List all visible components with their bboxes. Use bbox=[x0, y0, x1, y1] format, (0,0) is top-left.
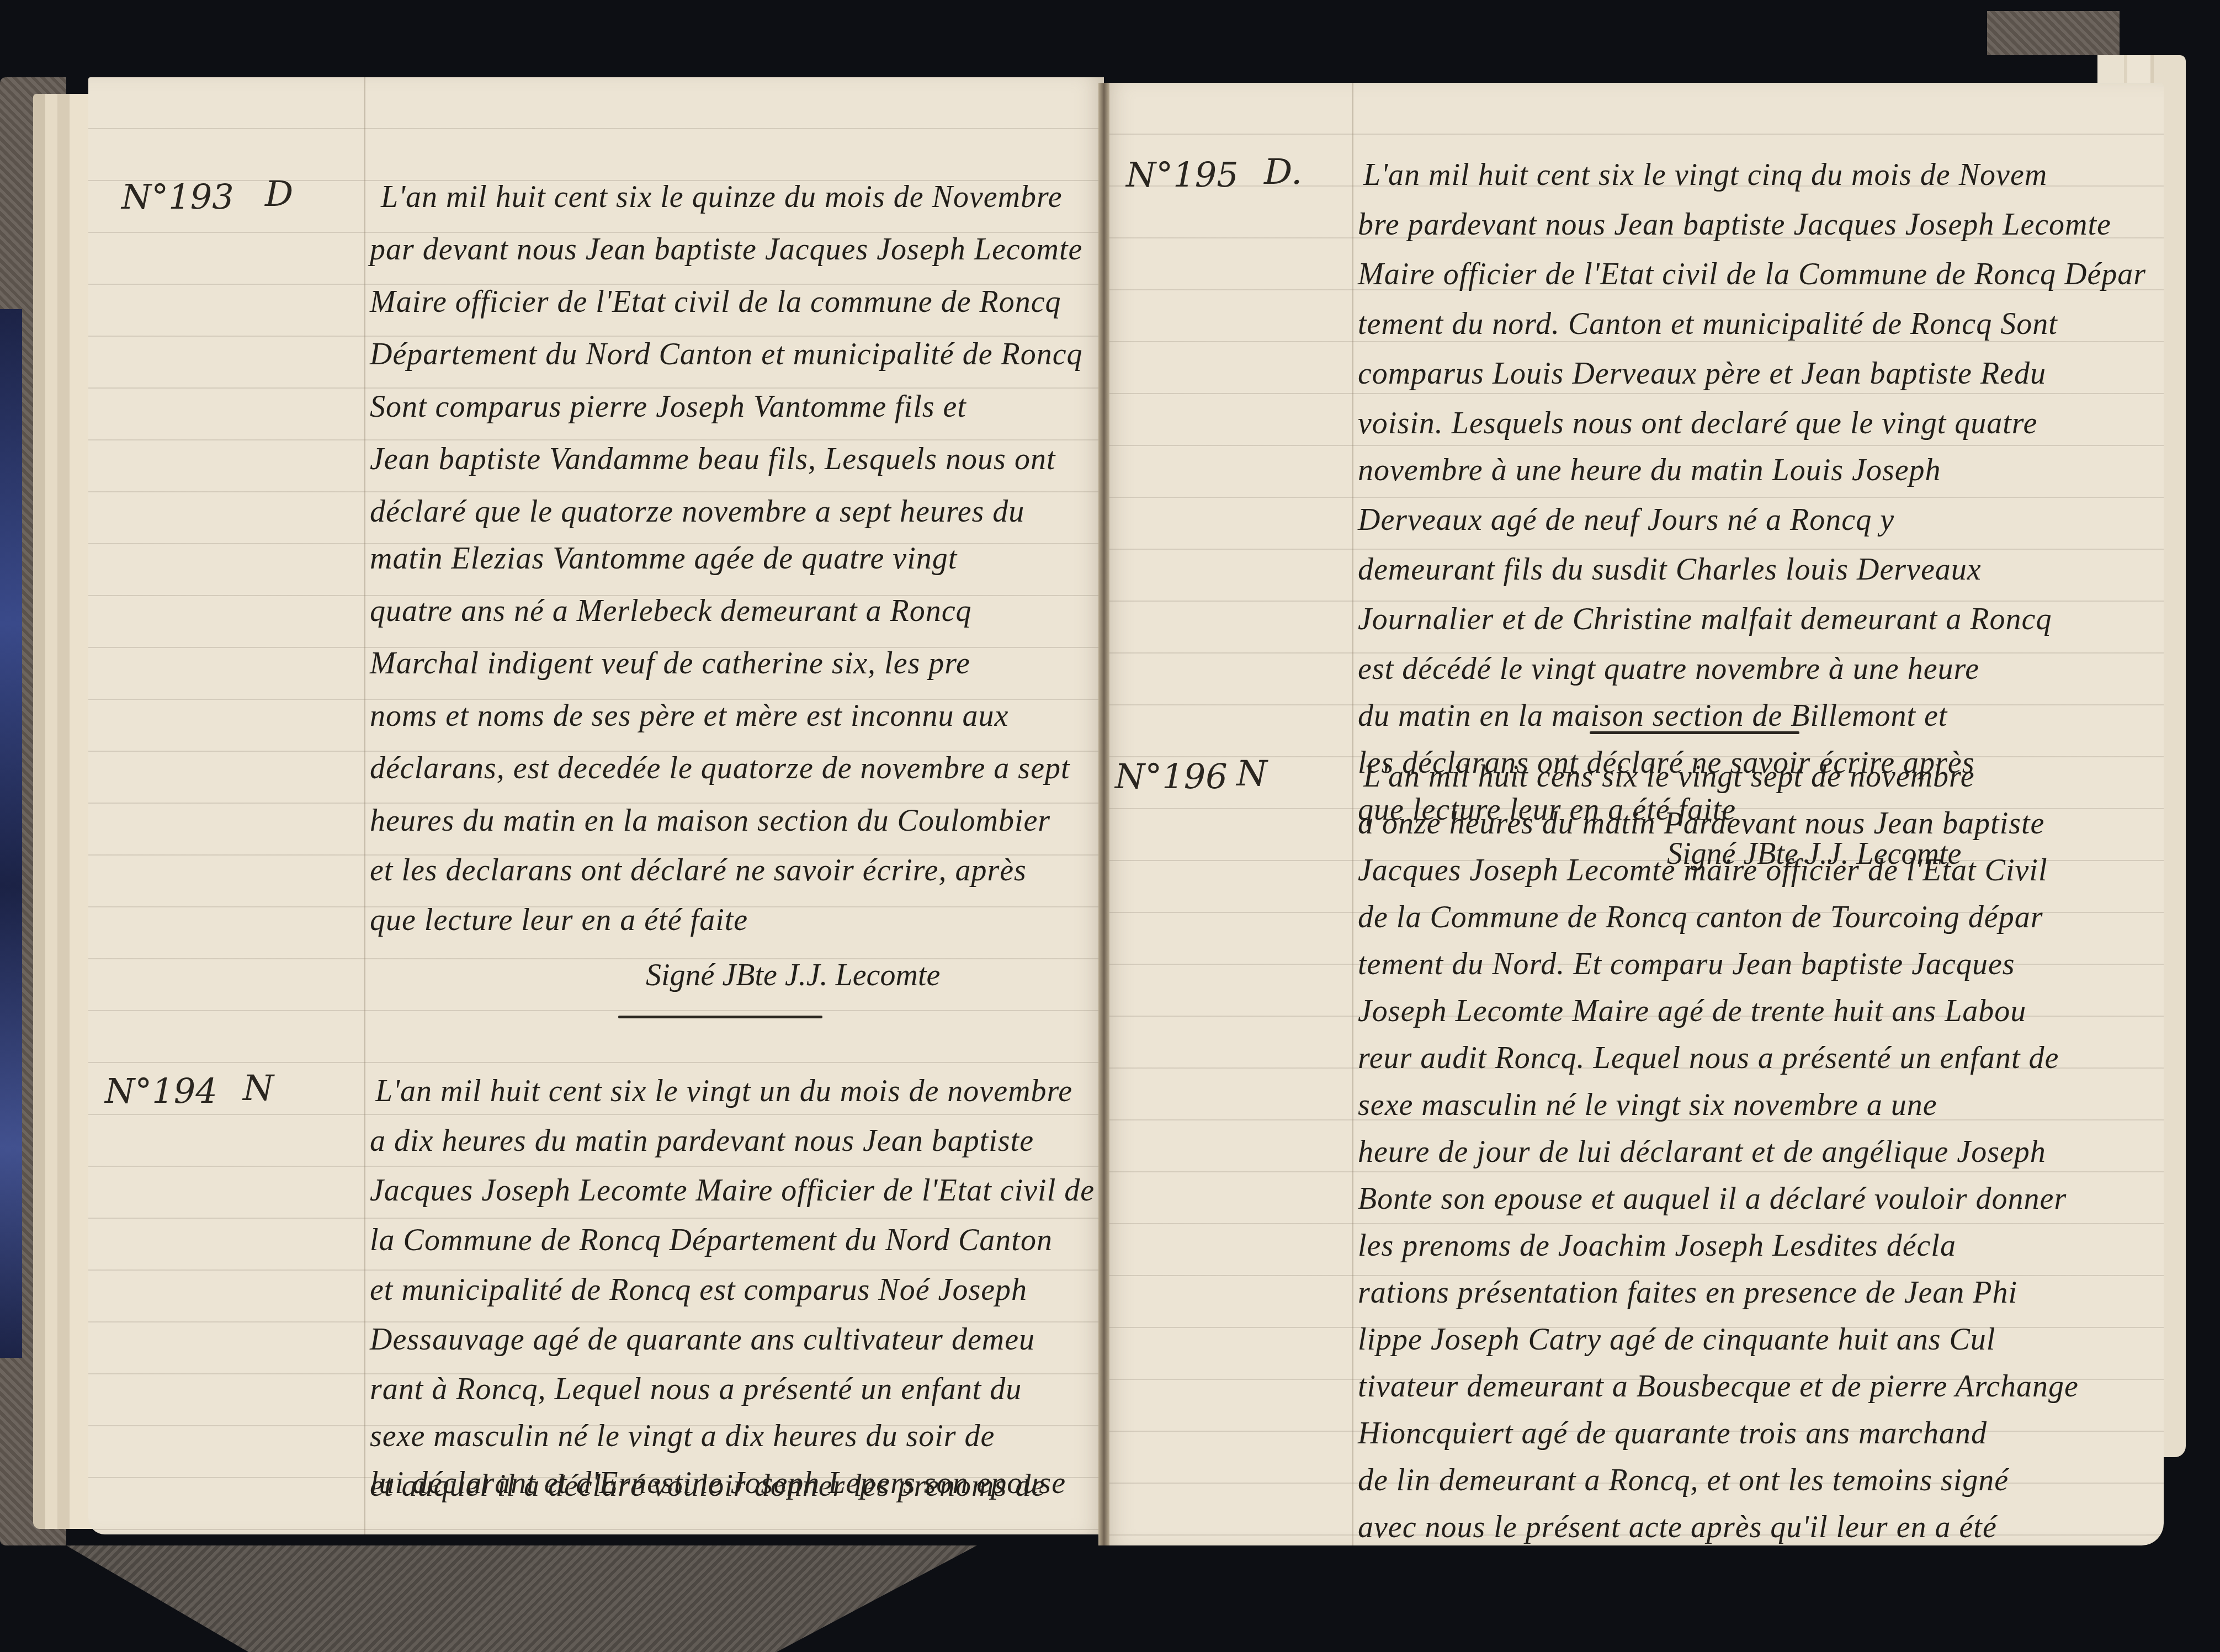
entry-line: lippe Joseph Catry agé de cinquante huit… bbox=[1358, 1322, 1995, 1357]
entry-line: Bonte son epouse et auquel il a déclaré … bbox=[1358, 1181, 2067, 1217]
entry-number: N°194 bbox=[105, 1071, 217, 1111]
entry-line: la Commune de Roncq Département du Nord … bbox=[370, 1223, 1053, 1258]
entry-type-letter: N bbox=[243, 1068, 274, 1109]
entry-line: Joseph Lecomte Maire agé de trente huit … bbox=[1358, 994, 2026, 1029]
entry-line: Département du Nord Canton et municipali… bbox=[370, 337, 1083, 372]
entry-line: bre pardevant nous Jean baptiste Jacques… bbox=[1358, 207, 2111, 242]
entry-line: de la Commune de Roncq canton de Tourcoi… bbox=[1358, 900, 2043, 935]
entry-line: Journalier et de Christine malfait demeu… bbox=[1358, 602, 2052, 637]
entry-type-letter: N bbox=[1236, 753, 1267, 794]
entry-line: reur audit Roncq. Lequel nous a présenté… bbox=[1358, 1040, 2059, 1076]
entry-line: voisin. Lesquels nous ont declaré que le… bbox=[1358, 406, 2037, 441]
entry-number: N°193 bbox=[121, 177, 234, 217]
entry-divider bbox=[618, 1016, 822, 1018]
entry-line: Maire officier de l'Etat civil de la Com… bbox=[1358, 257, 2146, 292]
entry-line: sexe masculin né le vingt six novembre a… bbox=[1358, 1087, 1937, 1123]
entry-line: quatre ans né a Merlebeck demeurant a Ro… bbox=[370, 593, 972, 629]
entry-line: matin Elezias Vantomme agée de quatre vi… bbox=[370, 541, 957, 576]
entry-line: heures du matin en la maison section du … bbox=[370, 803, 1050, 838]
entry-divider bbox=[1590, 731, 1799, 734]
entry-line: tement du Nord. Et comparu Jean baptiste… bbox=[1358, 947, 2015, 982]
entry-type-letter: D. bbox=[1264, 152, 1302, 193]
entry-line: comparus Louis Derveaux père et Jean bap… bbox=[1358, 356, 2046, 391]
entry-line: rant à Roncq, Lequel nous a présenté un … bbox=[370, 1372, 1022, 1407]
entry-line: Hioncquiert agé de quarante trois ans ma… bbox=[1358, 1416, 1987, 1451]
entry-line: les prenoms de Joachim Joseph Lesdites d… bbox=[1358, 1228, 1956, 1263]
entry-line: avec nous le présent acte après qu'il le… bbox=[1358, 1510, 1997, 1545]
left-page: N°193 D L'an mil huit cent six le quinze… bbox=[88, 77, 1104, 1534]
entry-line: de lin demeurant a Roncq, et ont les tem… bbox=[1358, 1463, 2009, 1498]
entry-line: demeurant fils du susdit Charles louis D… bbox=[1358, 552, 1982, 587]
entry-line: novembre à une heure du matin Louis Jose… bbox=[1358, 453, 1941, 488]
entry-line: Maire officier de l'Etat civil de la com… bbox=[370, 284, 1061, 320]
left-page-stack bbox=[33, 94, 94, 1529]
entry-line: a onze heures du matin Pardevant nous Je… bbox=[1358, 806, 2044, 841]
entry-line: tement du nord. Canton et municipalité d… bbox=[1358, 306, 2058, 342]
entry-line: du matin en la maison section de Billemo… bbox=[1358, 698, 1947, 734]
margin-rule bbox=[364, 77, 365, 1534]
margin-rule bbox=[1352, 83, 1353, 1545]
entry-line: que lecture leur en a été faite bbox=[370, 902, 748, 938]
book-cover-fabric-top bbox=[1987, 11, 2120, 55]
entry-line: tivateur demeurant a Bousbecque et de pi… bbox=[1358, 1369, 2079, 1404]
entry-line: L'an mil huit cens six le vingt sept de … bbox=[1363, 759, 1975, 794]
entry-line: Dessauvage agé de quarante ans cultivate… bbox=[370, 1322, 1035, 1357]
entry-line: et les declarans ont déclaré ne savoir é… bbox=[370, 853, 1027, 888]
entry-line: heure de jour de lui déclarant et de ang… bbox=[1358, 1134, 2046, 1170]
book-cover-fabric-bottom bbox=[66, 1545, 977, 1652]
entry-line: a dix heures du matin pardevant nous Jea… bbox=[370, 1123, 1034, 1159]
entry-line: déclarans, est decedée le quatorze de no… bbox=[370, 751, 1070, 786]
entry-number: N°195 bbox=[1126, 155, 1239, 195]
entry-line: Jean baptiste Vandamme beau fils, Lesque… bbox=[370, 442, 1055, 477]
book-gutter bbox=[1098, 83, 1109, 1545]
entry-line: L'an mil huit cent six le vingt un du mo… bbox=[375, 1074, 1072, 1109]
entry-line: est décédé le vingt quatre novembre à un… bbox=[1358, 651, 1979, 687]
entry-line: Jacques Joseph Lecomte maire officier de… bbox=[1358, 853, 2047, 888]
entry-line: et municipalité de Roncq est comparus No… bbox=[370, 1272, 1027, 1308]
entry-line: Derveaux agé de neuf Jours né a Roncq y bbox=[1358, 502, 1894, 538]
entry-line: déclaré que le quatorze novembre a sept … bbox=[370, 494, 1024, 529]
entry-line: Marchal indigent veuf de catherine six, … bbox=[370, 646, 970, 681]
entry-line: noms et noms de ses père et mère est inc… bbox=[370, 698, 1008, 734]
entry-line: rations présentation faites en presence … bbox=[1358, 1275, 2017, 1310]
entry-line: Jacques Joseph Lecomte Maire officier de… bbox=[370, 1173, 1095, 1208]
signature: Signé JBte J.J. Lecomte bbox=[646, 958, 940, 993]
entry-number: N°196 bbox=[1115, 756, 1228, 796]
entry-line: et auquel il a déclaré vouloir donner le… bbox=[370, 1468, 1045, 1504]
entry-line: Sont comparus pierre Joseph Vantomme fil… bbox=[370, 389, 966, 424]
entry-line: L'an mil huit cent six le vingt cinq du … bbox=[1363, 157, 2047, 193]
entry-line: L'an mil huit cent six le quinze du mois… bbox=[381, 179, 1063, 215]
entry-type-letter: D bbox=[265, 174, 293, 215]
entry-line: par devant nous Jean baptiste Jacques Jo… bbox=[370, 232, 1082, 267]
entry-line: sexe masculin né le vingt a dix heures d… bbox=[370, 1419, 995, 1454]
